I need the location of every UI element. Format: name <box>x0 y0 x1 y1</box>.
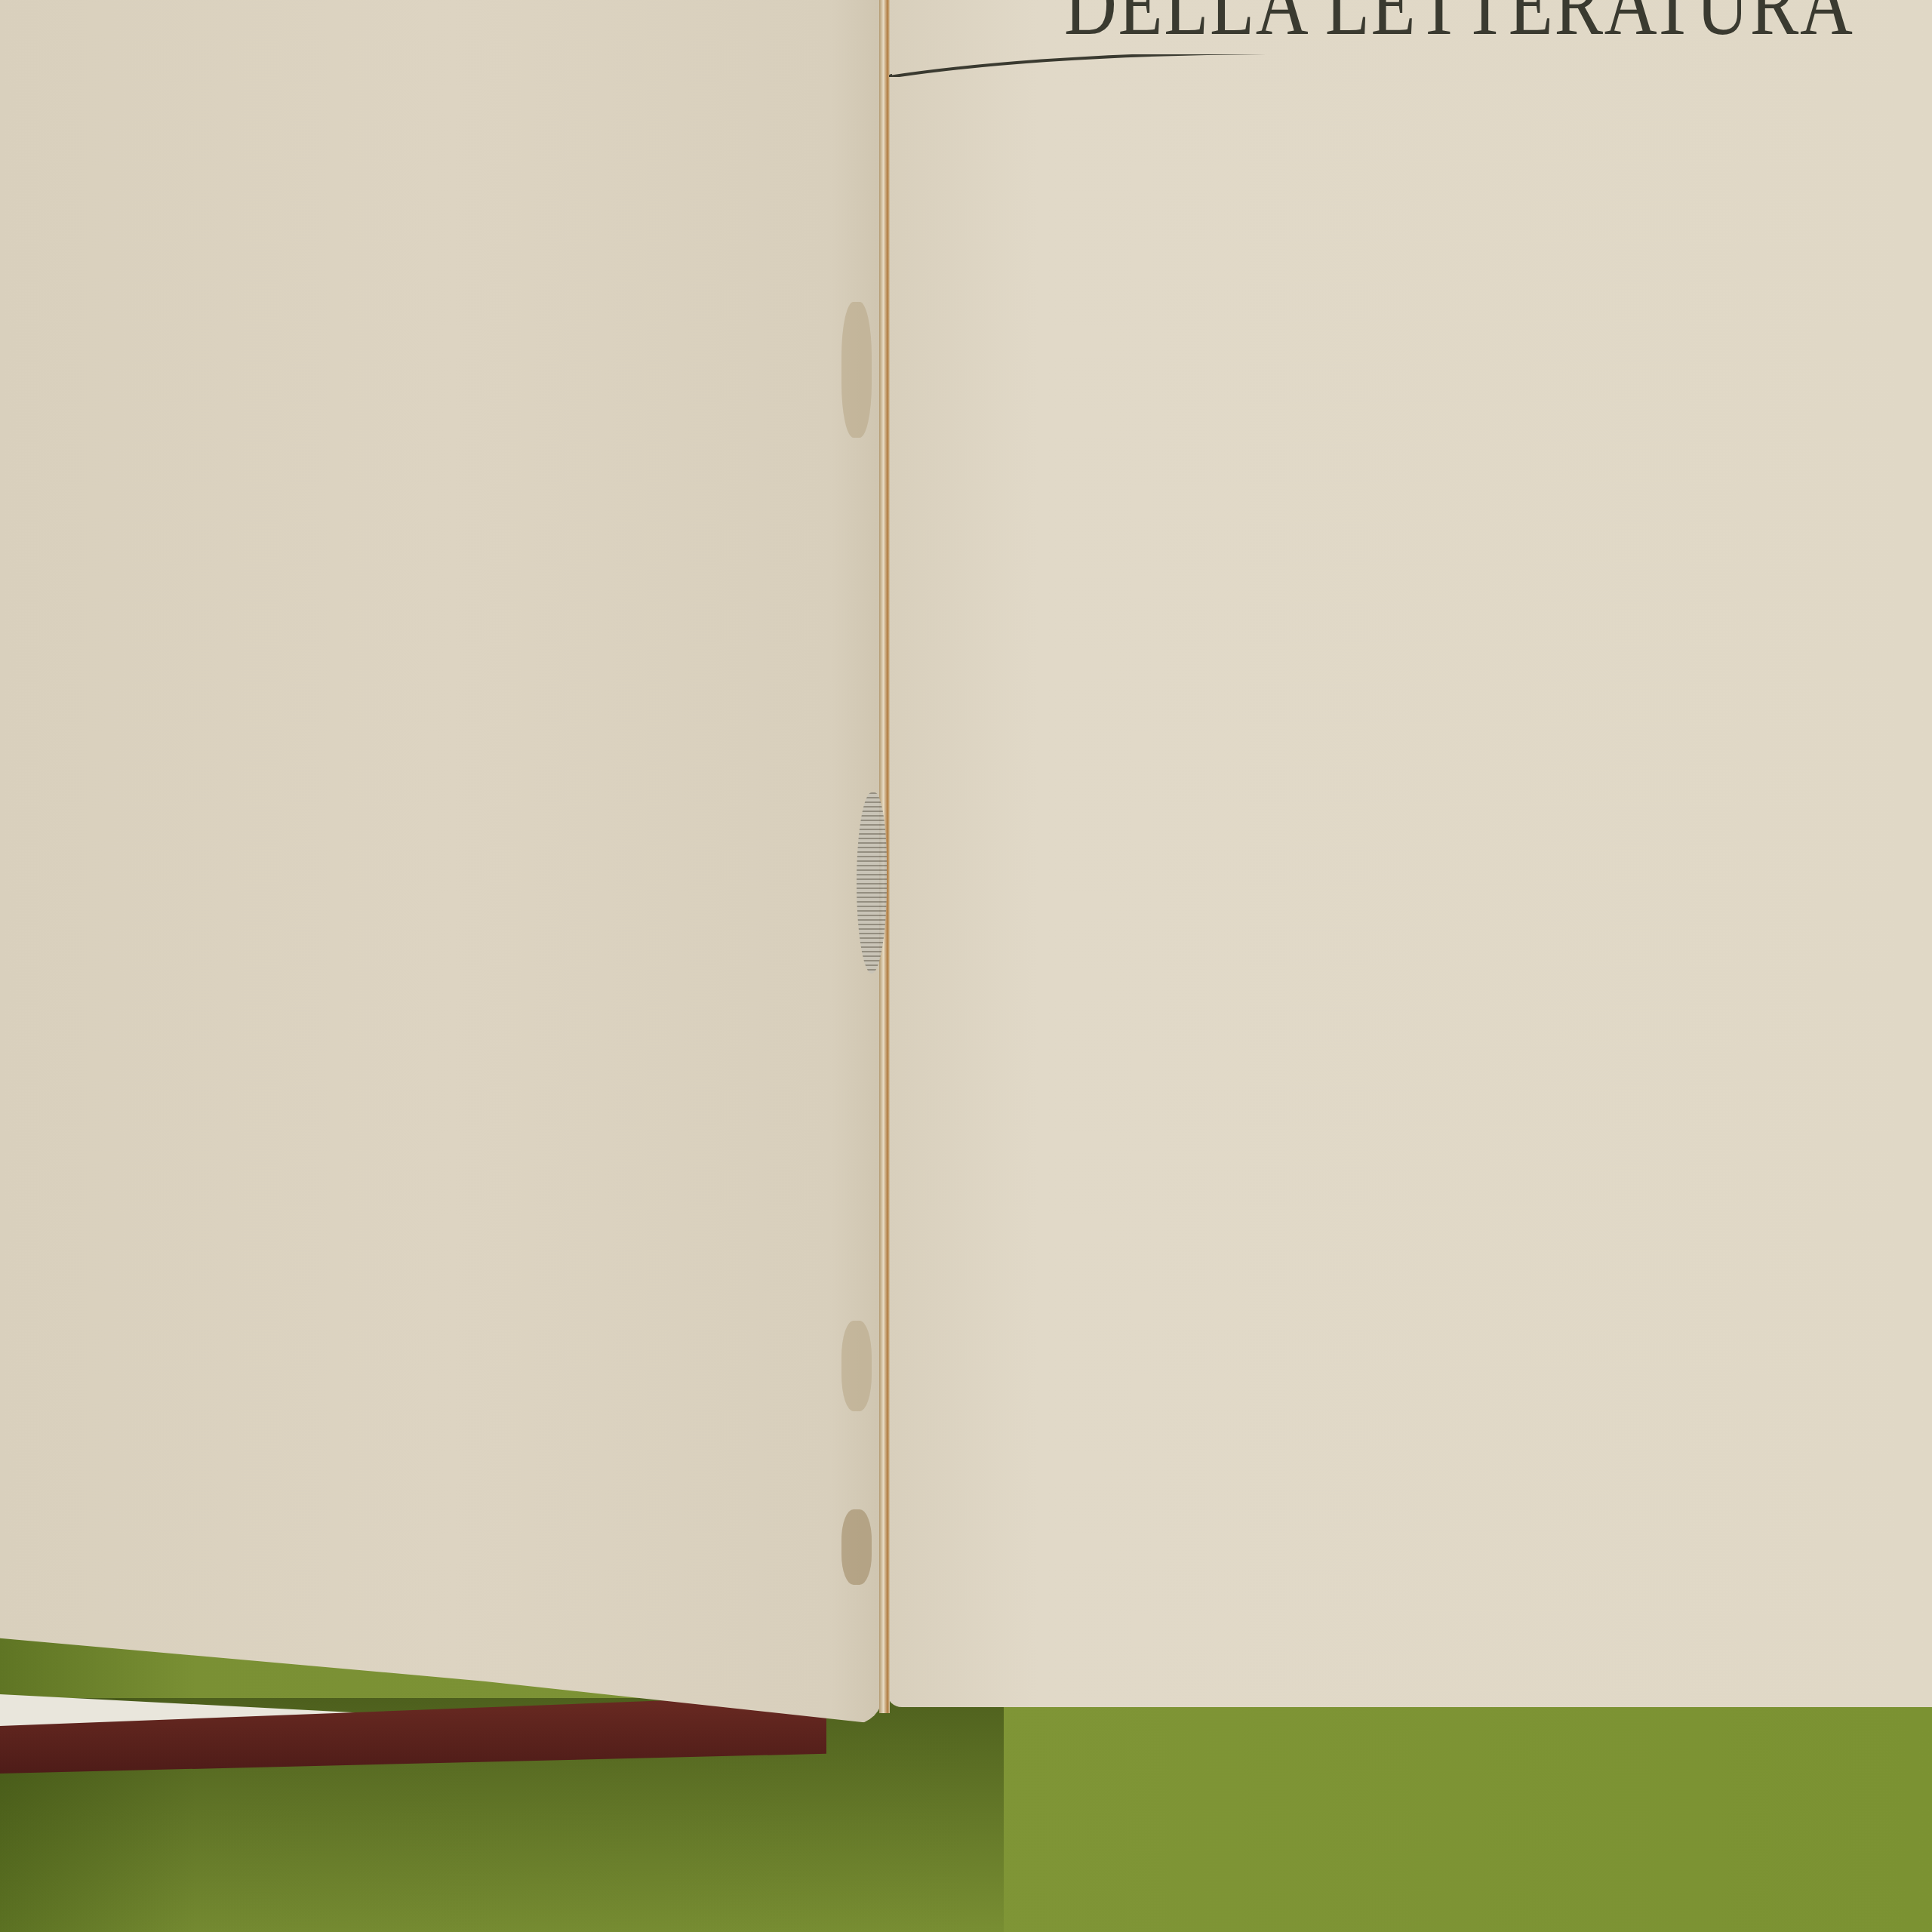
title-underline-rule <box>889 54 1932 77</box>
page-title: DELLA LETTERATURA <box>1064 0 1854 56</box>
spine-tear-mesh <box>857 792 887 974</box>
right-page <box>887 0 1932 1707</box>
left-page-blank <box>0 0 883 1724</box>
spine-wear-mark <box>841 1321 872 1411</box>
spine-wear-mark <box>841 302 872 438</box>
spine-stain-mark <box>841 1509 872 1585</box>
